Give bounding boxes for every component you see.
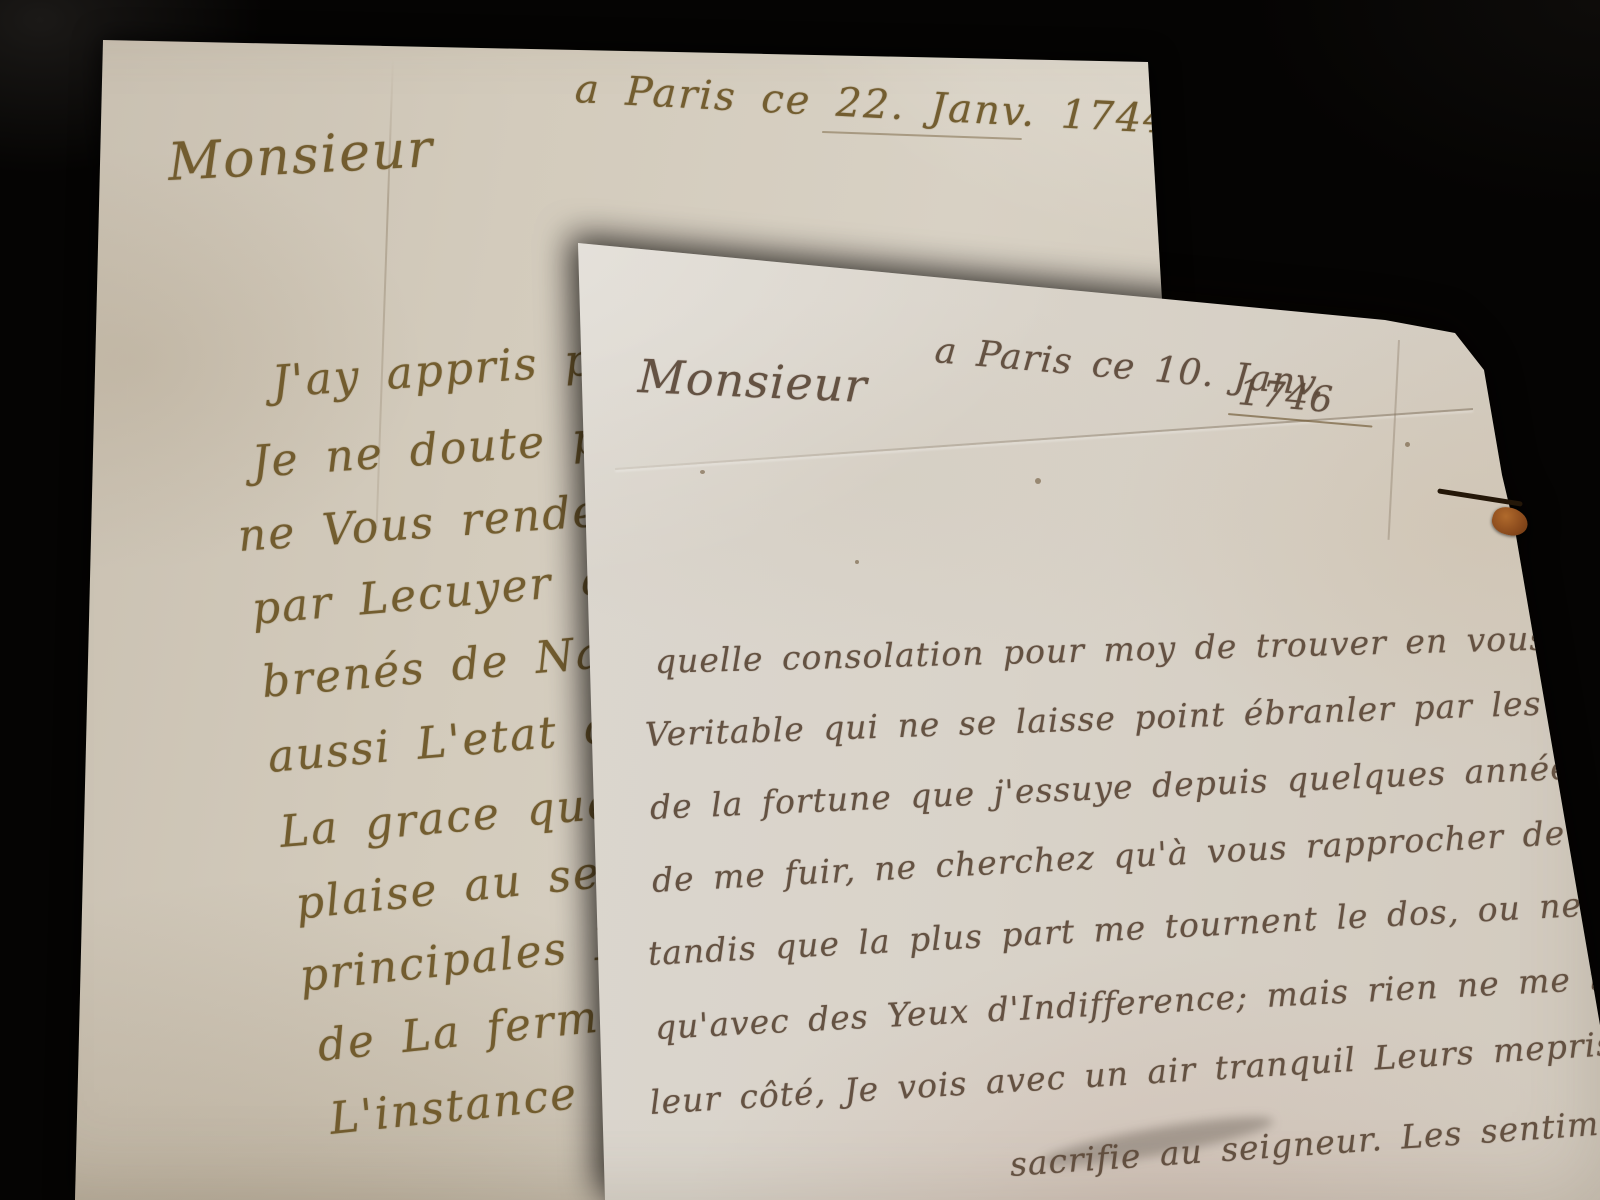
letter-1746-body-line: sacrifie au seigneur. Les sentim	[1009, 1105, 1600, 1184]
fold-crease	[615, 408, 1473, 470]
letter-1746-salutation: Monsieur	[637, 350, 869, 413]
letter-1746-body-line: Veritable qui ne se laisse point ébranle…	[644, 678, 1600, 754]
paper-speck	[700, 470, 705, 474]
letter-1746-body-line: quelle consolation pour moy de trouver e…	[655, 616, 1600, 681]
paper-speck	[1405, 442, 1410, 447]
letter-1746-wrapper: a Paris ce 10. Janv. 1746 Monsieur quell…	[0, 0, 1600, 1200]
paper-speck	[1035, 478, 1041, 484]
fold-crease	[1388, 340, 1400, 540]
paper-speck	[855, 560, 859, 564]
letter-1746-sheet: a Paris ce 10. Janv. 1746 Monsieur quell…	[0, 0, 1600, 1200]
photo-scene: a Paris ce 22. Janv. 1744 Monsieur J'ay …	[0, 0, 1600, 1200]
letter-1746-body-line: de la fortune que j'essuye depuis quelqu…	[649, 738, 1600, 827]
